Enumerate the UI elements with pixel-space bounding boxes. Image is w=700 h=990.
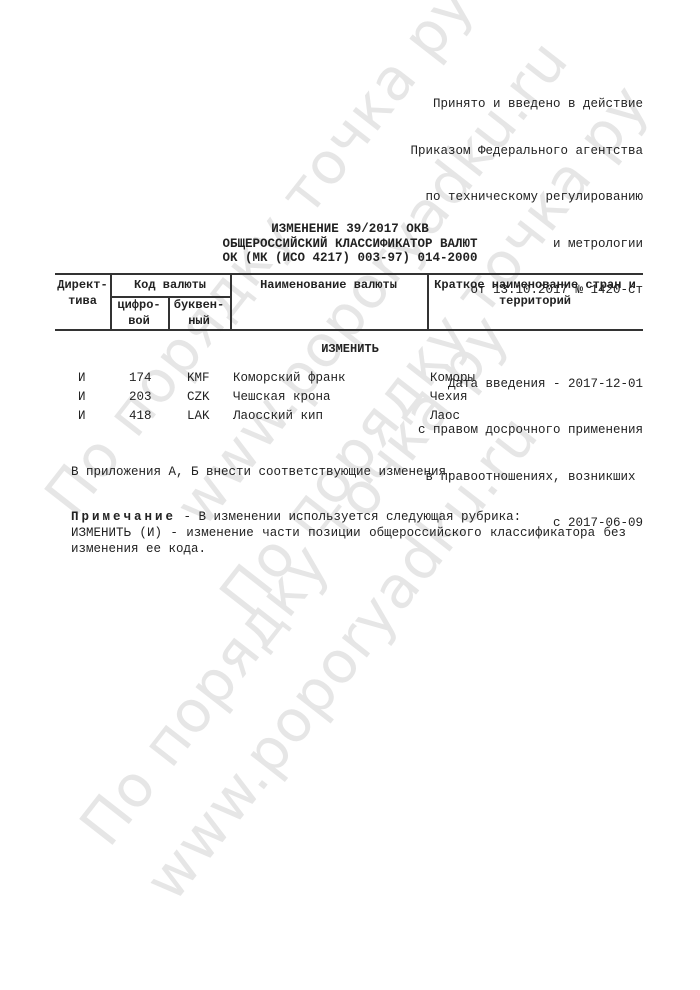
header-country: Краткое наименование стран и территорий xyxy=(427,277,643,309)
approval-line: Приказом Федерального агентства xyxy=(410,144,643,160)
title-line: ИЗМЕНЕНИЕ 39/2017 ОКВ xyxy=(0,222,700,237)
document-title: ИЗМЕНЕНИЕ 39/2017 ОКВ ОБЩЕРОССИЙСКИЙ КЛА… xyxy=(0,222,700,266)
header-numeric: цифро- вой xyxy=(110,297,168,329)
table-row: И 203 CZK Чешская крона Чехия xyxy=(0,390,700,408)
table-row: И 418 LAK Лаосский кип Лаос xyxy=(0,409,700,427)
table-header: Директ- тива Код валюты цифро- вой букве… xyxy=(55,273,643,330)
section-label: ИЗМЕНИТЬ xyxy=(0,342,700,356)
appendix-note: В приложения А, Б внести соответствующие… xyxy=(71,464,454,480)
table-row: И 174 KMF Коморский франк Коморы xyxy=(0,371,700,389)
header-directive: Директ- тива xyxy=(55,277,110,309)
header-currency-name: Наименование валюты xyxy=(230,277,427,293)
title-line: ОБЩЕРОССИЙСКИЙ КЛАССИФИКАТОР ВАЛЮТ xyxy=(0,237,700,252)
approval-line: по техническому регулированию xyxy=(410,190,643,206)
note-block: Примечание - В изменении используется сл… xyxy=(71,509,626,557)
approval-line: Принято и введено в действие xyxy=(410,97,643,113)
document-page: Принято и введено в действие Приказом Фе… xyxy=(0,0,700,990)
note-line: изменения ее кода. xyxy=(71,541,626,557)
header-code: Код валюты xyxy=(110,277,230,293)
note-line: ИЗМЕНИТЬ (И) - изменение части позиции о… xyxy=(71,525,626,541)
header-alpha: буквен- ный xyxy=(168,297,230,329)
note-label: Примечание xyxy=(71,510,176,524)
title-line: ОК (МК (ИСО 4217) 003-97) 014-2000 xyxy=(0,251,700,266)
